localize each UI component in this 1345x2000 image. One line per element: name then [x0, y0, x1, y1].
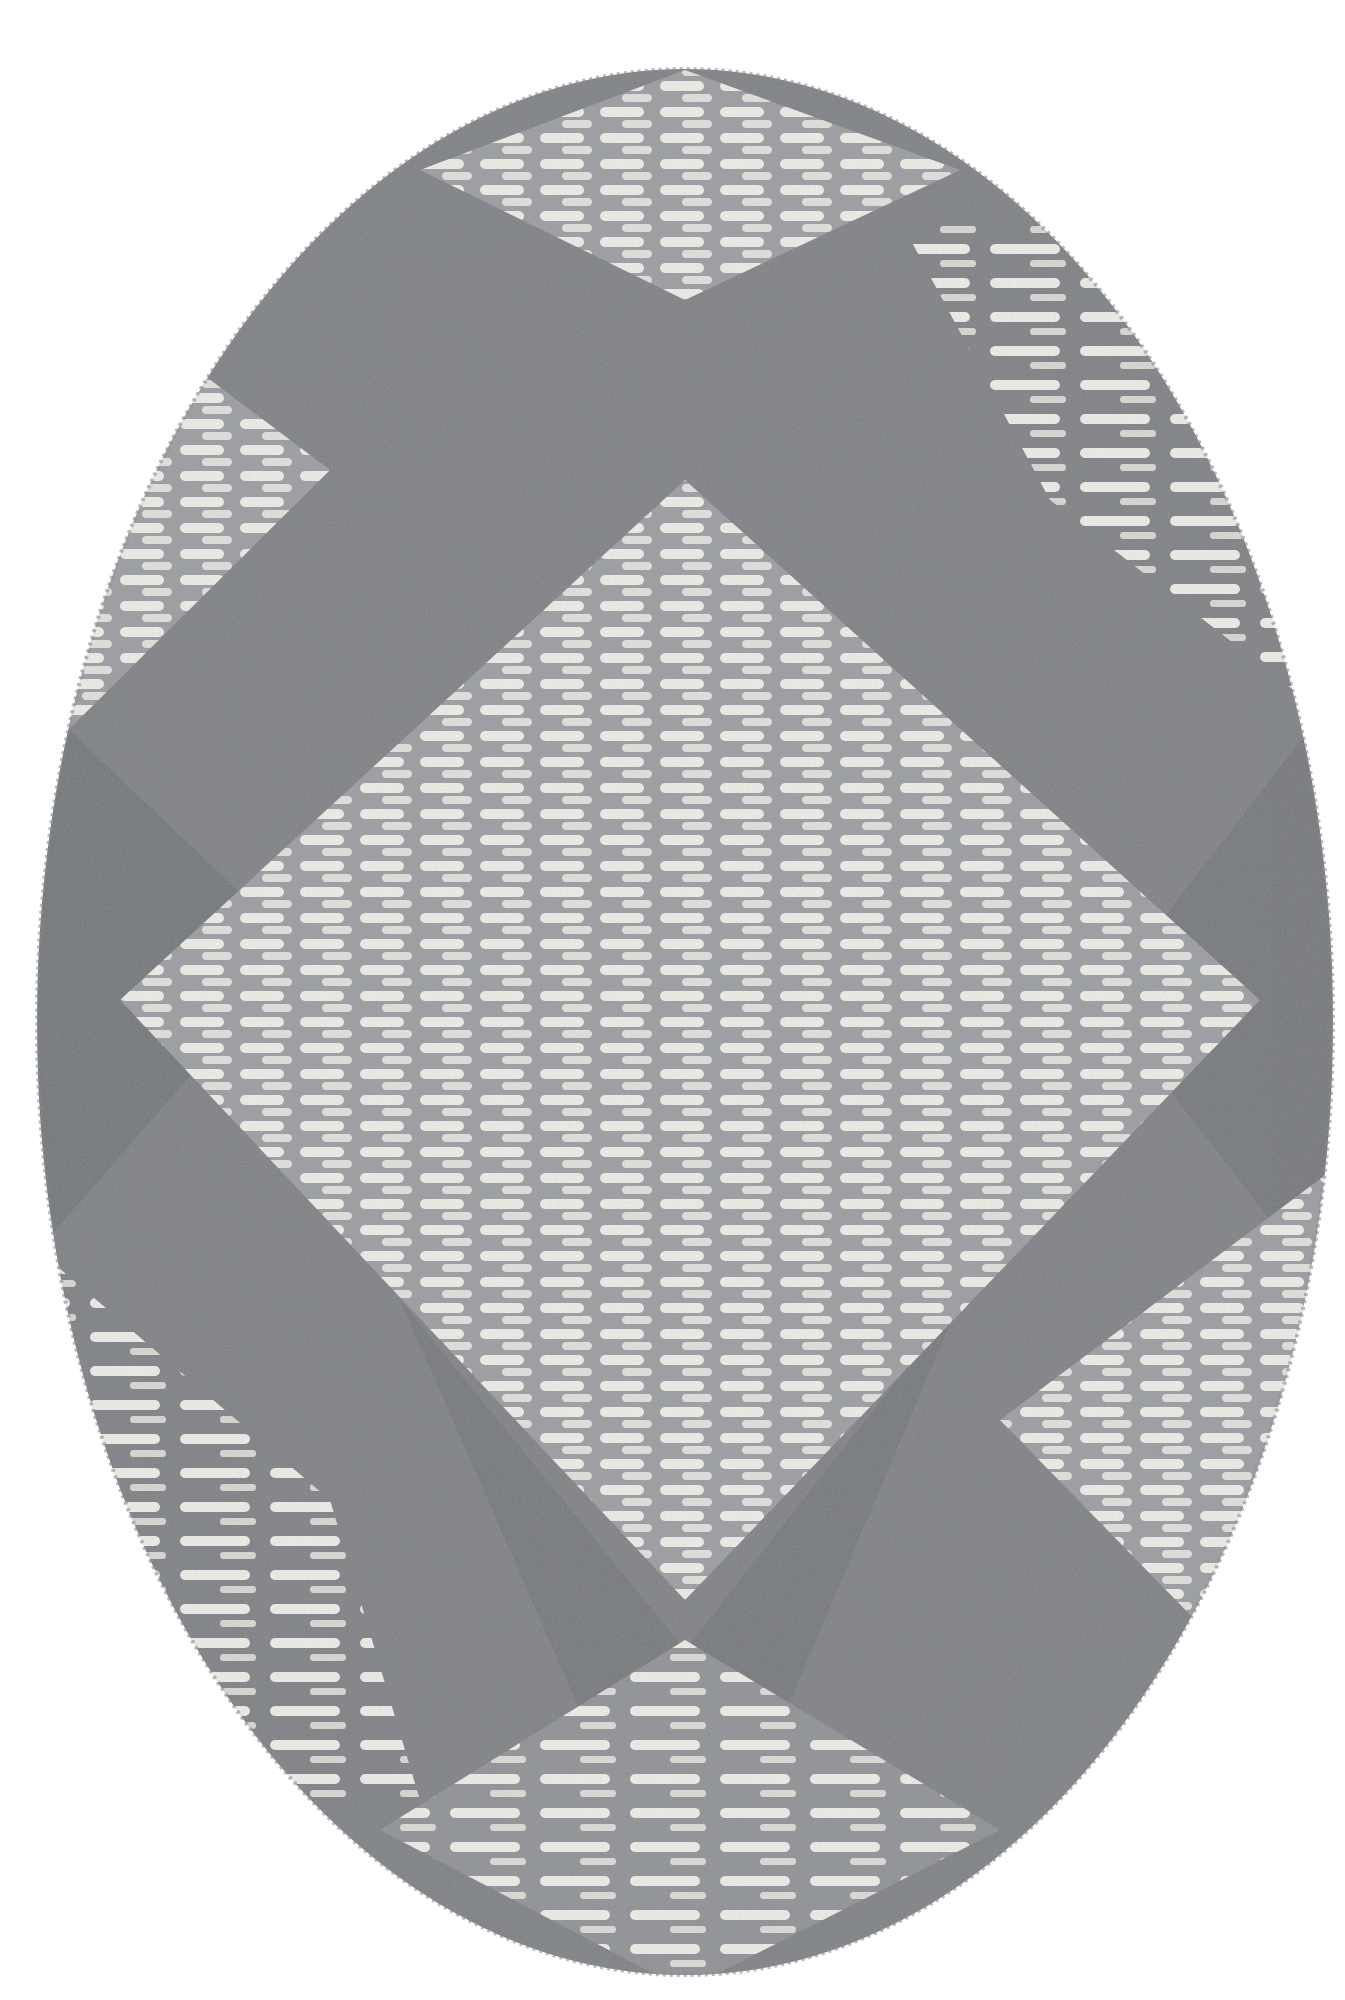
rug-photo	[0, 0, 1345, 2000]
